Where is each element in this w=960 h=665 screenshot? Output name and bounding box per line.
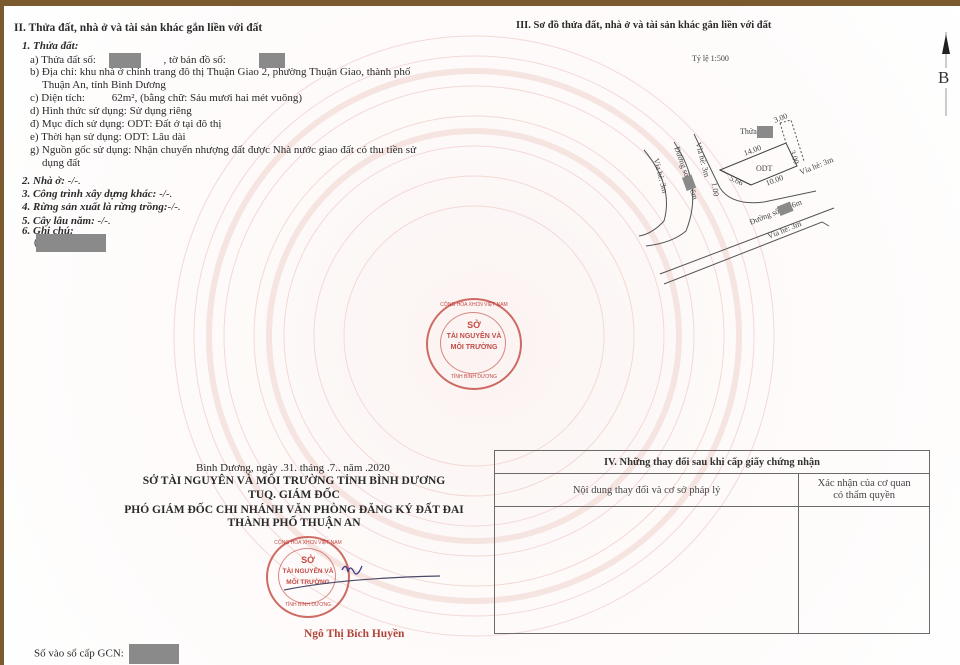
registry-number-row: Số vào sổ cấp GCN:: [34, 644, 179, 664]
center-stamp-line3: MÔI TRƯỜNG: [428, 344, 520, 351]
col-header-changes: Nội dung thay đổi và cơ sở pháp lý: [495, 474, 799, 507]
redacted-notes: [36, 234, 106, 252]
usage-term: e) Thời hạn sử dụng: ODT: Lâu dài: [30, 131, 186, 143]
origin-line-1: g) Nguồn gốc sử dụng: Nhận chuyển nhượng…: [30, 144, 416, 156]
registry-number-label: Số vào sổ cấp GCN:: [34, 648, 124, 660]
col-header-confirmation: Xác nhận của cơ quan có thẩm quyền: [799, 474, 930, 507]
land-use-code: ODT: [756, 164, 772, 173]
road-bottom-width: 6m: [790, 198, 803, 210]
forest-value: -/-.: [168, 201, 181, 213]
signer-name: Ngô Thị Bích Huyền: [304, 628, 404, 640]
tuq-title: TUQ. GIÁM ĐỐC: [104, 489, 484, 501]
area-row: c) Diện tích: 62m², (bằng chữ: Sáu mươi …: [30, 92, 302, 104]
area-value: 62m², (bằng chữ: Sáu mươi hai mét vuông): [112, 92, 302, 104]
city-office: THÀNH PHỐ THUẬN AN: [104, 517, 484, 529]
redacted-neighbor-parcel: [757, 126, 773, 138]
center-stamp-ring-top: CỘNG HÒA XHCN VIỆT NAM: [428, 302, 520, 308]
place-date: Bình Dương, ngày .31. tháng .7.. năm .20…: [196, 462, 390, 474]
north-arrow: B: [940, 32, 952, 116]
land-heading: 1. Thửa đất:: [22, 40, 78, 52]
center-stamp-ring-bottom: TỈNH BÌNH DƯƠNG: [428, 374, 520, 380]
center-stamp-line1: SỞ: [428, 320, 520, 330]
center-stamp: CỘNG HÒA XHCN VIỆT NAM SỞ TÀI NGUYÊN VÀ …: [426, 298, 522, 390]
signature-stamp-ring-top: CỘNG HÒA XHCN VIỆT NAM: [268, 540, 348, 546]
perennial-value: -/-.: [95, 215, 111, 227]
changes-table: IV. Những thay đổi sau khi cấp giấy chứn…: [494, 450, 930, 634]
deputy-title: PHÓ GIÁM ĐỐC CHI NHÁNH VĂN PHÒNG ĐĂNG KÝ…: [104, 504, 484, 516]
issuing-org: SỞ TÀI NGUYÊN VÀ MÔI TRƯỜNG TỈNH BÌNH DƯ…: [104, 475, 484, 487]
address-line-2: Thuận An, tỉnh Bình Dương: [42, 79, 166, 91]
address-line-1: b) Địa chỉ: khu nhà ở chỉnh trang đô thị…: [30, 66, 410, 78]
parcel-map: Thửa ODT 14.00 10.00 5.66 1.00 3.00 3.00…: [634, 106, 854, 286]
center-stamp-line2: TÀI NGUYÊN VÀ: [428, 333, 520, 340]
usage-form: d) Hình thức sử dụng: Sử dụng riêng: [30, 105, 192, 117]
section-2-title: II. Thửa đất, nhà ở và tài sản khác gắn …: [14, 22, 262, 34]
handwritten-signature: [284, 554, 444, 604]
notes-content: (: [34, 234, 106, 252]
map-sheet-label: , tờ bản đồ số:: [163, 54, 225, 66]
changes-content-cell: [495, 507, 799, 634]
usage-purpose: đ) Mục đích sử dụng: ODT: Đất ở tại đô t…: [30, 118, 222, 130]
parcel-neighbor-label: Thửa: [740, 126, 773, 138]
col-header-confirmation-line2: có thẩm quyền: [833, 490, 895, 501]
certificate-page: II. Thửa đất, nhà ở và tài sản khác gắn …: [4, 6, 960, 665]
area-label: c) Diện tích:: [30, 92, 85, 104]
redacted-registry-number: [129, 644, 179, 664]
parcel-number-label: a) Thửa đất số:: [30, 54, 96, 66]
north-label: B: [938, 68, 949, 88]
map-scale: Tỷ lệ 1:500: [692, 54, 729, 63]
origin-line-2: dụng đất: [42, 157, 80, 169]
confirmation-content-cell: [799, 507, 930, 634]
section-3-title: III. Sơ đồ thửa đất, nhà ở và tài sản kh…: [516, 20, 771, 31]
col-header-confirmation-line1: Xác nhận của cơ quan: [818, 478, 911, 489]
section-4-title: IV. Những thay đổi sau khi cấp giấy chứn…: [495, 451, 930, 474]
neighbor-parcel-text: Thửa: [740, 127, 757, 136]
